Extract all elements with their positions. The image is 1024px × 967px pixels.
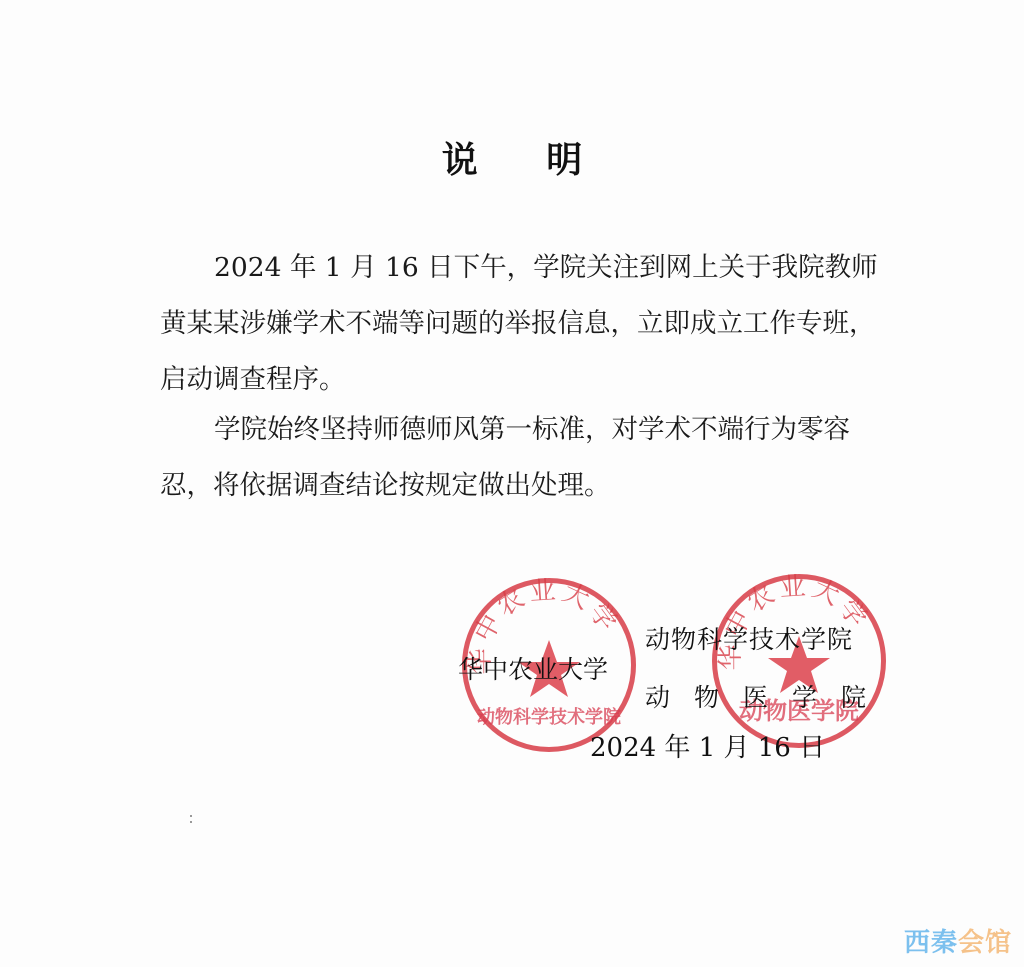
document-page: 说 明 2024 年 1 月 16 日下午，学院关注到网上关于我院教师 黄某某涉… (0, 0, 1024, 967)
seal-graphic: 华中农业大学 动物医学院 (712, 574, 886, 748)
signature-university: 华中农业大学 (458, 650, 608, 686)
paragraph-1-line-3: 启动调查程序。 (160, 352, 890, 408)
svg-text:动物科学技术学院: 动物科学技术学院 (477, 706, 621, 728)
scan-specks (190, 815, 194, 827)
watermark-logo: 西秦会馆 (904, 922, 1012, 959)
paragraph-1-line-1: 2024 年 1 月 16 日下午，学院关注到网上关于我院教师 (160, 240, 890, 296)
watermark-part-b: 会馆 (958, 928, 1012, 958)
signature-college-veterinary: 动物医学院 (645, 678, 890, 714)
paragraph-1: 2024 年 1 月 16 日下午，学院关注到网上关于我院教师 黄某某涉嫌学术不… (160, 240, 890, 408)
paragraph-2-line-1: 学院始终坚持师德师风第一标准，对学术不端行为零容 (160, 402, 890, 458)
signature-date: 2024 年 1 月 16 日 (590, 727, 825, 764)
document-title: 说 明 (0, 132, 1024, 183)
paragraph-2: 学院始终坚持师德师风第一标准，对学术不端行为零容 忍，将依据调查结论按规定做出处… (160, 402, 890, 514)
paragraph-2-line-2: 忍，将依据调查结论按规定做出处理。 (160, 458, 890, 514)
official-seal-veterinary: 华中农业大学 动物医学院 (712, 574, 886, 748)
watermark-part-a: 西秦 (904, 928, 958, 958)
paragraph-1-line-2: 黄某某涉嫌学术不端等问题的举报信息，立即成立工作专班， (160, 296, 890, 352)
signature-college-animal-science: 动物科学技术学院 (645, 620, 853, 656)
